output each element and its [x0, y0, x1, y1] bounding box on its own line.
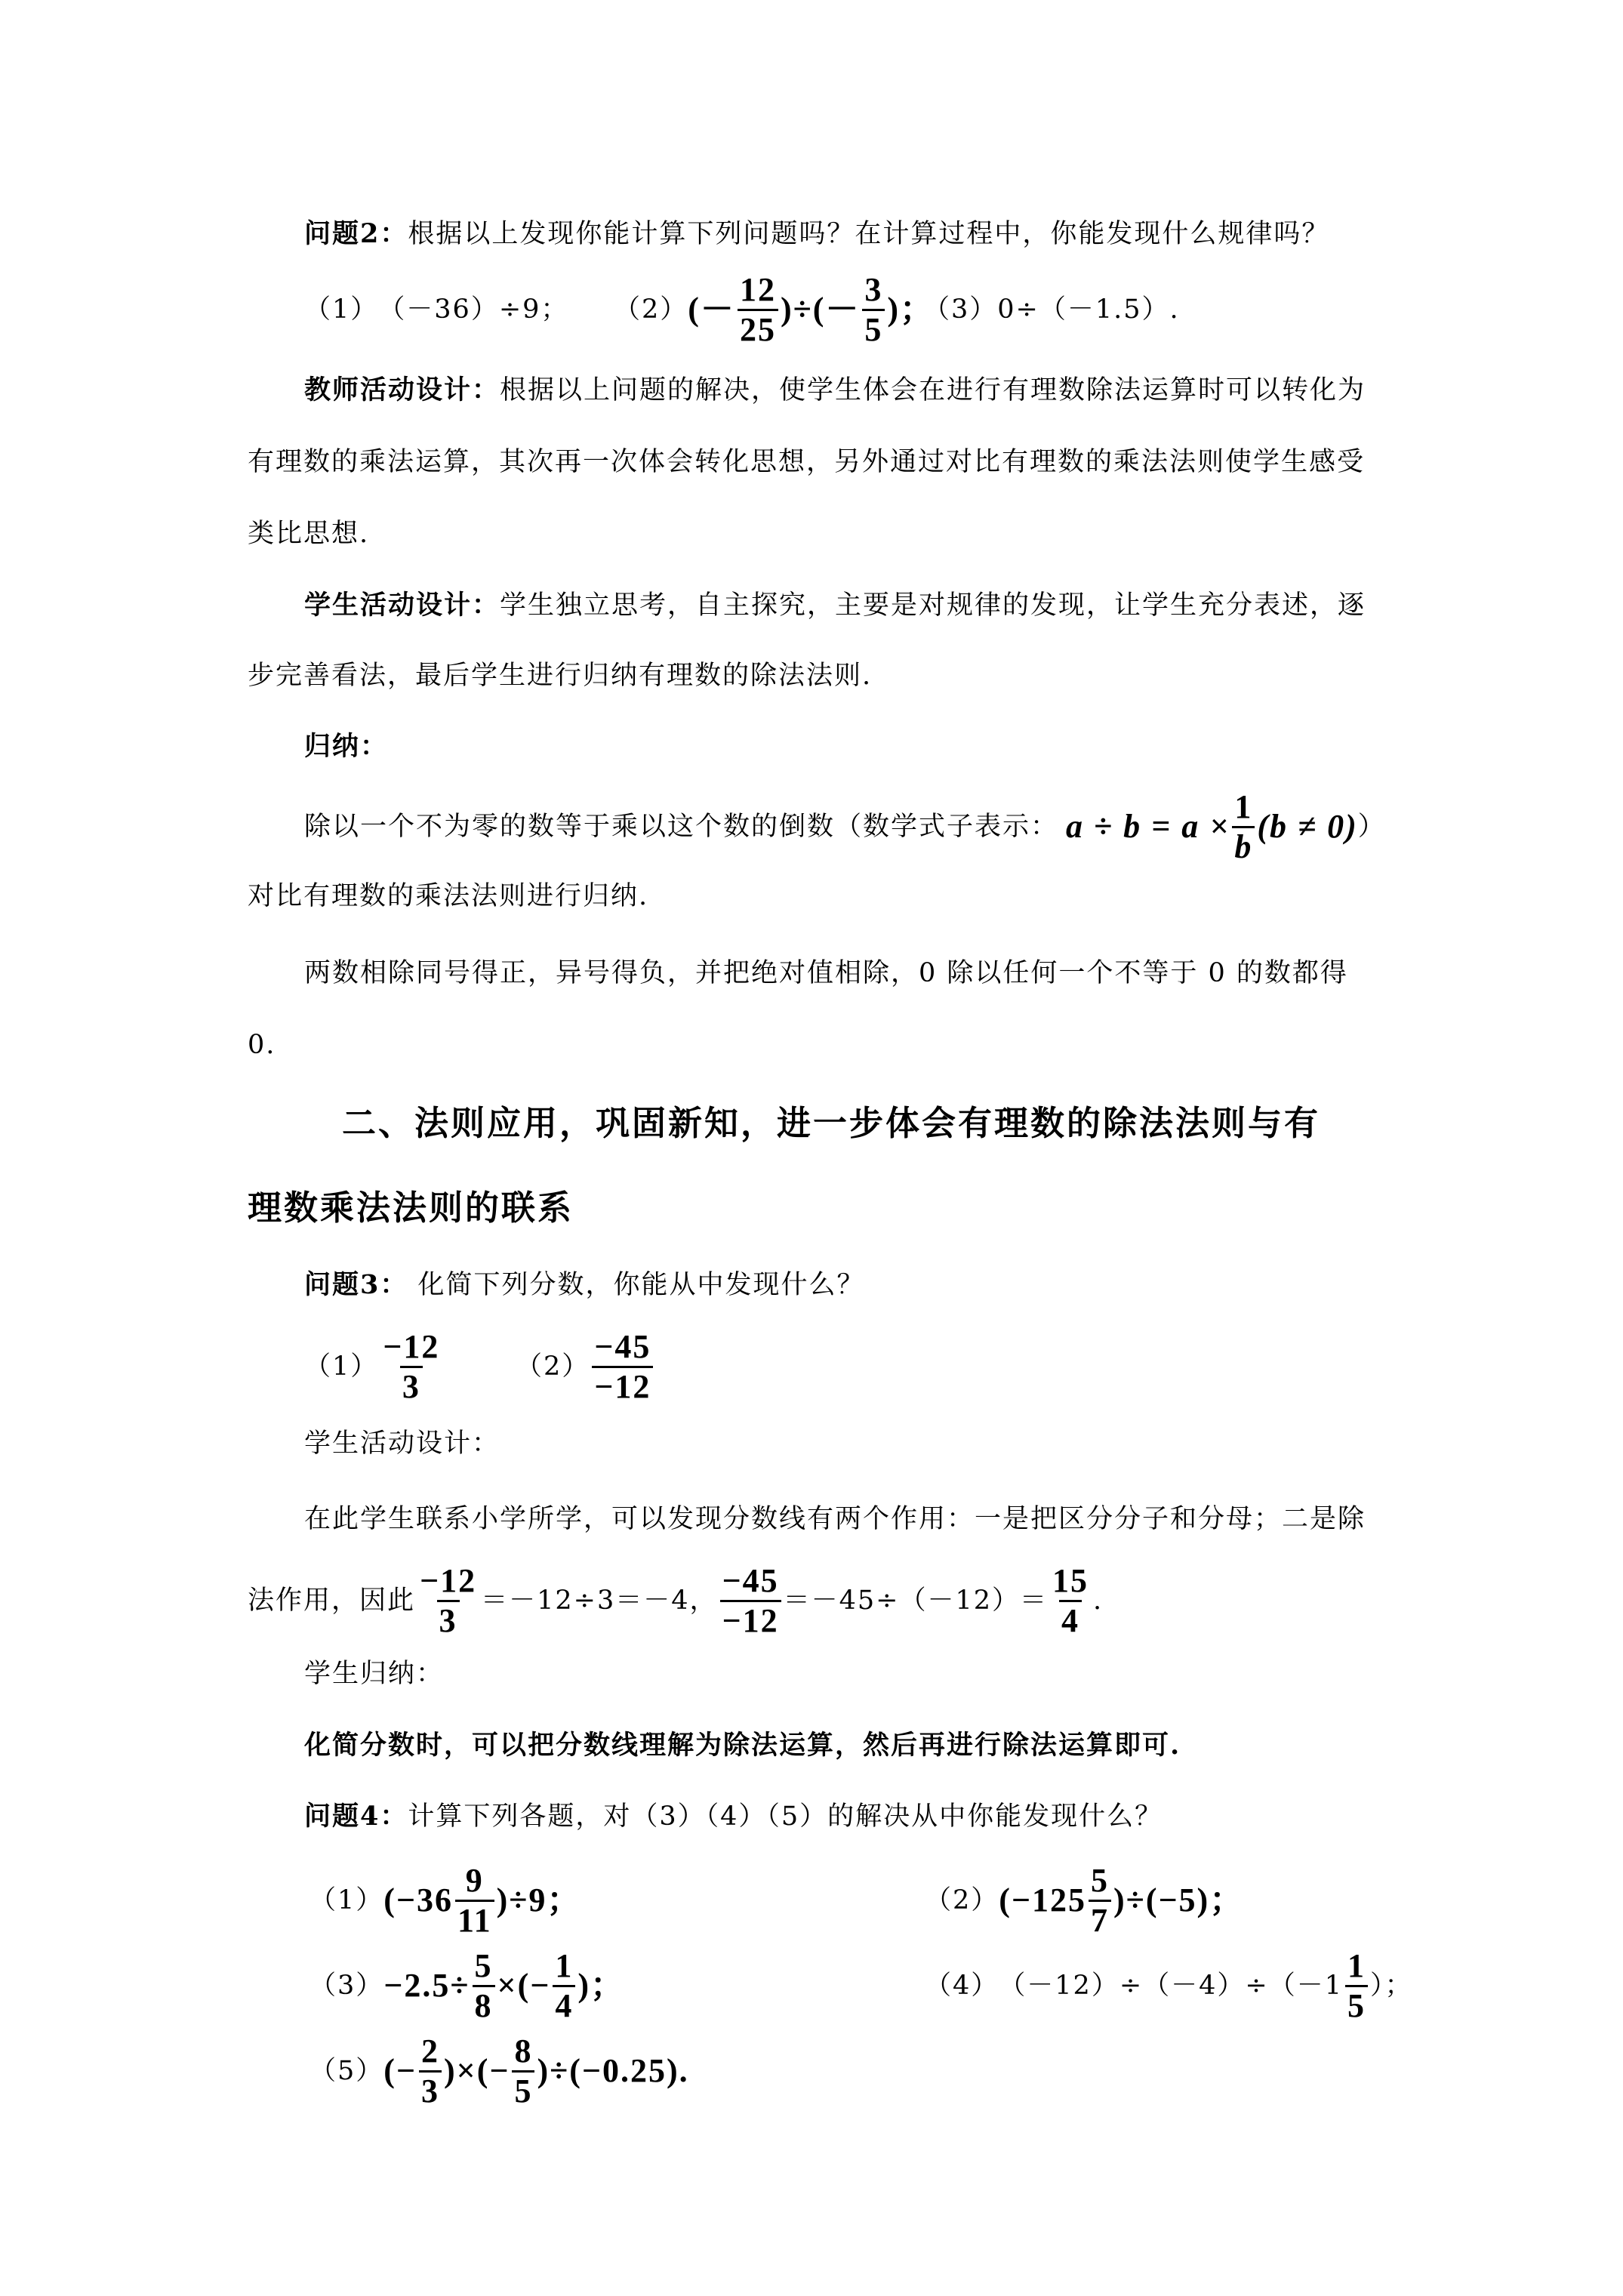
- problem2-text: 根据以上发现你能计算下列问题吗？在计算过程中，你能发现什么规律吗？: [408, 219, 1329, 249]
- problem4-item-2: （2） (−125 57 )÷(−5)；: [925, 1859, 1244, 1942]
- student-design-line-1: 学生活动设计：学生独立思考，自主探究，主要是对规律的发现，让学生充分表述，逐: [304, 589, 1366, 622]
- fraction: 1225: [738, 271, 778, 349]
- problem3-heading: 问题3： 化简下列分数，你能从中发现什么？: [304, 1268, 865, 1302]
- problem2-label: 问题2：: [304, 218, 408, 249]
- section2-title-line-1: 二、法则应用，巩固新知，进一步体会有理数的除法法则与有: [342, 1102, 1320, 1145]
- fraction: −123: [380, 1328, 442, 1406]
- teacher-design-line-2: 有理数的乘法运算，其次再一次体会转化思想，另外通过对比有理数的乘法法则使学生感受: [248, 445, 1365, 479]
- problem4-label: 问题4：: [304, 1801, 408, 1832]
- student-design-line-2: 步完善看法，最后学生进行归纳有理数的除法法则.: [248, 659, 872, 692]
- fraction: 85: [512, 2032, 534, 2110]
- student-design-label: 学生活动设计：: [304, 590, 500, 621]
- fraction: −45−12: [720, 1562, 781, 1640]
- problem3-student-summary: 化简分数时，可以把分数线理解为除法运算，然后再进行除法运算即可.: [304, 1729, 1181, 1762]
- fraction: 911: [455, 1862, 494, 1940]
- summary-label: 归纳：: [304, 730, 388, 763]
- problem2-item-3: （3）0÷（－1.5）.: [923, 293, 1180, 326]
- section2-title-line-2: 理数乘法法则的联系: [248, 1187, 574, 1229]
- problem4-item-1: （1） (−36 911 )÷9；: [310, 1859, 581, 1942]
- problem2-item-2: （2） (－ 1225 )÷(－ 35 )；: [614, 271, 923, 349]
- problem3-label: 问题3：: [304, 1269, 408, 1300]
- teacher-design-label: 教师活动设计：: [304, 374, 500, 405]
- fraction: 58: [473, 1947, 495, 2025]
- problem3-item-1: （1） −123: [304, 1328, 516, 1406]
- problem3-item-2: （2） −45−12: [516, 1328, 655, 1406]
- formula-lhs: a ÷ b = a ×: [1066, 810, 1230, 843]
- problem3-explain-line-1: 在此学生联系小学所学，可以发现分数线有两个作用：一是把区分分子和分母；二是除: [304, 1502, 1366, 1536]
- problem3-items: （1） −123 （2） −45−12: [304, 1325, 655, 1408]
- teacher-design-line-3: 类比思想.: [248, 517, 369, 550]
- problem2-items: （1）（－36）÷9； （2） (－ 1225 )÷(－ 35 )； （3）0÷…: [304, 272, 1180, 347]
- sign-rule-line-2: 0.: [248, 1028, 276, 1062]
- problem2-item-1: （1）（－36）÷9；: [304, 293, 614, 326]
- fraction: 14: [553, 1947, 575, 2025]
- fraction: 15: [1345, 1947, 1368, 2025]
- fraction: 35: [862, 271, 885, 349]
- problem3-student-design-label: 学生活动设计：: [304, 1427, 500, 1460]
- fraction: 23: [419, 2032, 442, 2110]
- problem4-item-4: （4） （－12）÷（－4）÷（－1 15 ）；: [925, 1944, 1413, 2027]
- fraction: −123: [417, 1562, 479, 1640]
- summary-compare: 对比有理数的乘法法则进行归纳.: [248, 880, 648, 913]
- sign-rule-line-1: 两数相除同号得正，异号得负，并把绝对值相除，0 除以任何一个不等于 0 的数都得: [304, 957, 1348, 990]
- teacher-design-line-1: 教师活动设计：根据以上问题的解决，使学生体会在进行有理数除法运算时可以转化为: [304, 374, 1366, 407]
- fraction: 154: [1050, 1562, 1091, 1640]
- problem4-item-3: （3） −2.5÷ 58 ×(− 14 )；: [310, 1944, 625, 2027]
- fraction: 57: [1089, 1862, 1111, 1940]
- fraction: −45−12: [592, 1328, 653, 1406]
- division-rule: 除以一个不为零的数等于乘以这个数的倒数（数学式子表示： a ÷ b = a × …: [304, 785, 1386, 868]
- reciprocal-fraction: 1b: [1232, 788, 1255, 866]
- problem3-explain-line-2: 法作用，因此 −123 ＝－12÷3＝－4， −45−12 ＝－45÷（－12）…: [248, 1555, 1103, 1646]
- problem2-heading: 问题2：根据以上发现你能计算下列问题吗？在计算过程中，你能发现什么规律吗？: [304, 217, 1329, 251]
- problem3-student-summary-label: 学生归纳：: [304, 1657, 444, 1690]
- problem4-item-5: （5） (− 23 )×(− 85 )÷(−0.25).: [310, 2029, 689, 2113]
- formula-condition: (b ≠ 0): [1257, 810, 1357, 843]
- problem4-heading: 问题4：计算下列各题，对（3）（4）（5）的解决从中你能发现什么？: [304, 1800, 1163, 1833]
